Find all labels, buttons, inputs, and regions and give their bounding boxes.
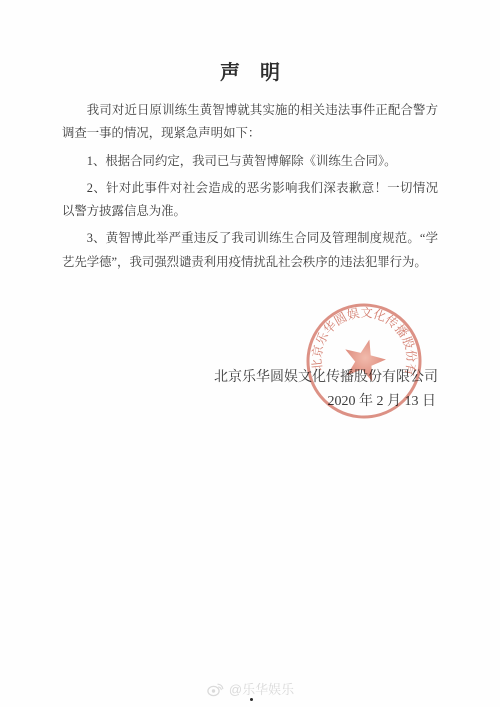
- statement-item-1: 1、根据合同约定，我司已与黄智博解除《训练生合同》。: [62, 150, 438, 173]
- signature-block: 北京乐华圆娱文化传播股份有限公司 2020 年 2 月 13 日: [214, 366, 438, 413]
- statement-body: 我司对近日原训练生黄智博就其实施的相关违法事件正配合警方调查一事的情况，现紧急声…: [62, 99, 438, 278]
- watermark-handle: @乐华娱乐: [229, 679, 294, 698]
- signature-company: 北京乐华圆娱文化传播股份有限公司: [214, 366, 438, 390]
- statement-document: 声 明 我司对近日原训练生黄智博就其实施的相关违法事件正配合警方调查一事的情况，…: [0, 0, 500, 707]
- statement-item-3: 3、黄智博此举严重违反了我司训练生合同及管理制度规范。“学艺先学德”，我司强烈谴…: [62, 227, 438, 274]
- scan-artifact-dot: [250, 698, 253, 701]
- signature-date: 2020 年 2 月 13 日: [214, 390, 438, 414]
- weibo-icon: [206, 681, 225, 697]
- statement-item-2: 2、针对此事件对社会造成的恶劣影响我们深表歉意！一切情况以警方披露信息为准。: [62, 177, 438, 224]
- statement-intro: 我司对近日原训练生黄智博就其实施的相关违法事件正配合警方调查一事的情况，现紧急声…: [62, 99, 438, 146]
- statement-title: 声 明: [0, 56, 500, 85]
- weibo-watermark: @乐华娱乐: [0, 679, 500, 698]
